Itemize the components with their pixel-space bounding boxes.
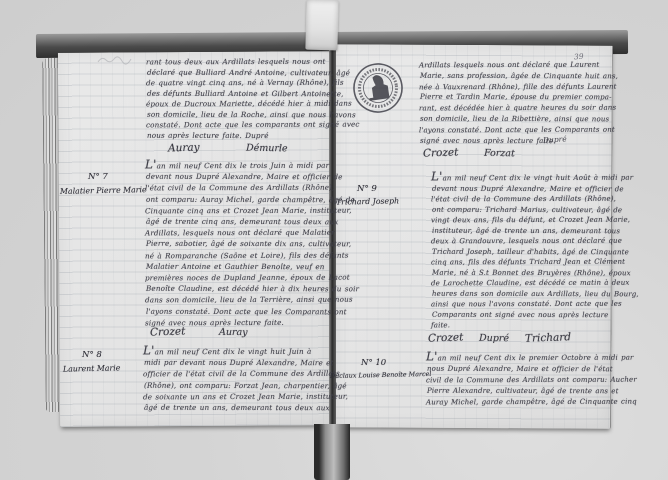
signature: Auray xyxy=(219,327,248,338)
handwritten-line: nous Dupré Alexandre, Maire et officier … xyxy=(427,364,638,376)
left-signature-row-1: AurayDémurle xyxy=(168,142,287,154)
left-continuation-paragraph: rant tous deux aux Ardillats lesquels no… xyxy=(146,57,360,141)
left-signature-row-2: CrozetAuray xyxy=(150,326,248,338)
handwritten-line: heures dans son domicile aux Ardillats, … xyxy=(432,288,639,299)
handwritten-line: Cinquante cinq ans et Crozet Jean Marie,… xyxy=(145,204,358,216)
handwritten-line: âgé de trente un ans, demeurant tous deu… xyxy=(144,402,349,414)
handwritten-line: l'ayons constaté. Dont acte que les Comp… xyxy=(419,124,617,135)
entry-number-8: N° 8 xyxy=(82,350,102,360)
entry-7-paragraph: L'an mil neuf Cent dix le trois Juin à m… xyxy=(145,159,358,328)
handwritten-line: nous après lecture faite. Dupré xyxy=(147,130,361,141)
handwritten-line: de Larochette Claudine, est décédé ce ma… xyxy=(431,278,638,289)
pencil-mark xyxy=(96,54,134,66)
register-scan: 39 rant tous deux aux Ardillats lesquels… xyxy=(0,0,668,480)
handwritten-line: l'état civil de la Commune des Ardillats… xyxy=(145,182,358,194)
signature: Auray xyxy=(168,141,200,154)
handwritten-line: L'an mil neuf Cent dix le trois Juin à m… xyxy=(145,159,358,172)
right-continuation-paragraph: Ardillats lesquels nous ont déclaré que … xyxy=(419,60,617,146)
entry-9-paragraph: L'an mil neuf Cent dix le vingt huit Aoû… xyxy=(431,171,638,331)
handwritten-line: ainsi que nous l'avons constaté. Dont ac… xyxy=(431,299,638,310)
signature: Crozet xyxy=(150,325,186,338)
handwritten-line: l'ayons constaté. Dont acte que les Comp… xyxy=(146,305,359,317)
handwritten-line: L'an mil neuf Cent dix le premier Octobr… xyxy=(426,351,637,365)
entry-number-9: N° 9 xyxy=(357,184,377,194)
handwritten-line: Marie, sans profession, âgée de Cinquant… xyxy=(420,71,618,82)
handwritten-line: de soixante un ans et Crozet Jean Marie,… xyxy=(143,390,348,402)
entry-10-paragraph: L'an mil neuf Cent dix le premier Octobr… xyxy=(426,351,637,408)
handwritten-line: Trichard Joseph, tailleur d'habits, âgé … xyxy=(432,246,639,257)
handwritten-line: Marie, né à S.t Bonnet des Bruyères (Rhô… xyxy=(432,267,639,278)
handwritten-line: né à Romparanche (Saône et Loire), fils … xyxy=(145,249,358,261)
handwritten-line: civil de la Commune des Ardillats ont co… xyxy=(426,375,637,387)
entry-name-7: Malatier Pierre Marie xyxy=(60,185,147,196)
handwritten-line: Comparants ont signé avec nous après lec… xyxy=(432,309,639,320)
handwritten-line: l'état civil de la Commune des Ardillats… xyxy=(431,194,638,205)
handwritten-line: deux à Grandouvre, lesquels nous ont déc… xyxy=(431,236,638,247)
handwritten-line: (Rhône), ont comparu: Forzat Jean, charp… xyxy=(144,379,349,391)
handwritten-line: son domicile, lieu de la Roche, ainsi qu… xyxy=(147,109,361,120)
entry-number-7: N° 7 xyxy=(88,172,108,182)
entry-8-paragraph: L'an mil neuf Cent dix le vingt huit Jui… xyxy=(143,345,348,413)
closing-signature: Dupré xyxy=(543,134,567,144)
signature: Forzat xyxy=(484,148,515,160)
handwritten-line: faite. xyxy=(431,320,638,331)
handwritten-line: officier de l'état civil de la Commune d… xyxy=(143,368,348,380)
handwritten-line: ont comparu: Trichard Marius, cultivateu… xyxy=(432,204,639,215)
handwritten-line: Pierre Alexandre, cultivateur, âgé de tr… xyxy=(427,386,638,398)
handwritten-line: déclaré que Bulliard André Antoine, cult… xyxy=(147,67,361,78)
right-signature-row-2: CrozetDupréTrichard xyxy=(428,332,571,344)
signature: Trichard xyxy=(525,331,571,345)
signature: Crozet xyxy=(423,146,459,159)
handwritten-line: L'an mil neuf Cent dix le vingt huit Jui… xyxy=(143,345,348,358)
right-signature-row-1: CrozetForzat xyxy=(423,147,515,159)
entry-number-10: N° 10 xyxy=(361,358,386,368)
entry-name-8: Laurent Marie xyxy=(63,363,120,373)
handwritten-line: de quatre vingt cinq ans, né à Vernay (R… xyxy=(146,78,360,89)
handwritten-line: Malatier Antoine et Gauthier Benoîte, ve… xyxy=(146,261,359,273)
signature: Dupré xyxy=(479,333,509,345)
entry-name-9: Trichard Joseph xyxy=(336,196,399,206)
handwritten-line: son domicile, lieu de la Ribettière, ain… xyxy=(420,114,618,125)
handwritten-line: ont comparu: Auray Michel, garde champêt… xyxy=(146,193,359,205)
handwritten-line: cinq ans, fils des défunts Trichard Jean… xyxy=(431,257,638,268)
binding-clamp xyxy=(305,0,338,50)
handwritten-line: vingt deux ans, fils du défunt, et Croze… xyxy=(431,215,638,226)
handwritten-line: instituteur, âgé de trente un ans, demeu… xyxy=(432,225,639,236)
signature: Démurle xyxy=(245,143,287,155)
handwritten-line: époux de Ducroux Mariette, décédé hier à… xyxy=(146,99,360,110)
book-spine-bottom xyxy=(314,424,350,480)
handwritten-line: rant, est décédée hier à quatre heures d… xyxy=(419,103,617,114)
handwritten-line: des défunts Bulliard Antoine et Gilbert … xyxy=(147,88,361,99)
handwritten-line: devant nous Dupré Alexandre, Maire et of… xyxy=(432,183,639,194)
handwritten-line: Pierre et Tardin Marie, épouse du premie… xyxy=(420,92,618,103)
handwritten-line: dans son domicile, lieu de la Terrière, … xyxy=(145,294,358,306)
handwritten-line: constaté. Dont acte que les comparants o… xyxy=(146,120,360,131)
handwritten-line: rant tous deux aux Ardillats lesquels no… xyxy=(146,57,360,68)
handwritten-line: Auray Michel, garde champêtre, âgé de Ci… xyxy=(426,397,637,409)
handwritten-line: L'an mil neuf Cent dix le vingt huit Aoû… xyxy=(431,171,638,184)
handwritten-line: Pierre, sabotier, âgé de soixante dix an… xyxy=(146,238,359,250)
signature: Crozet xyxy=(428,331,464,344)
handwritten-line: Ardillats lesquels nous ont déclaré que … xyxy=(419,60,617,71)
handwritten-line: signé avec nous après lecture faite. xyxy=(420,135,618,146)
